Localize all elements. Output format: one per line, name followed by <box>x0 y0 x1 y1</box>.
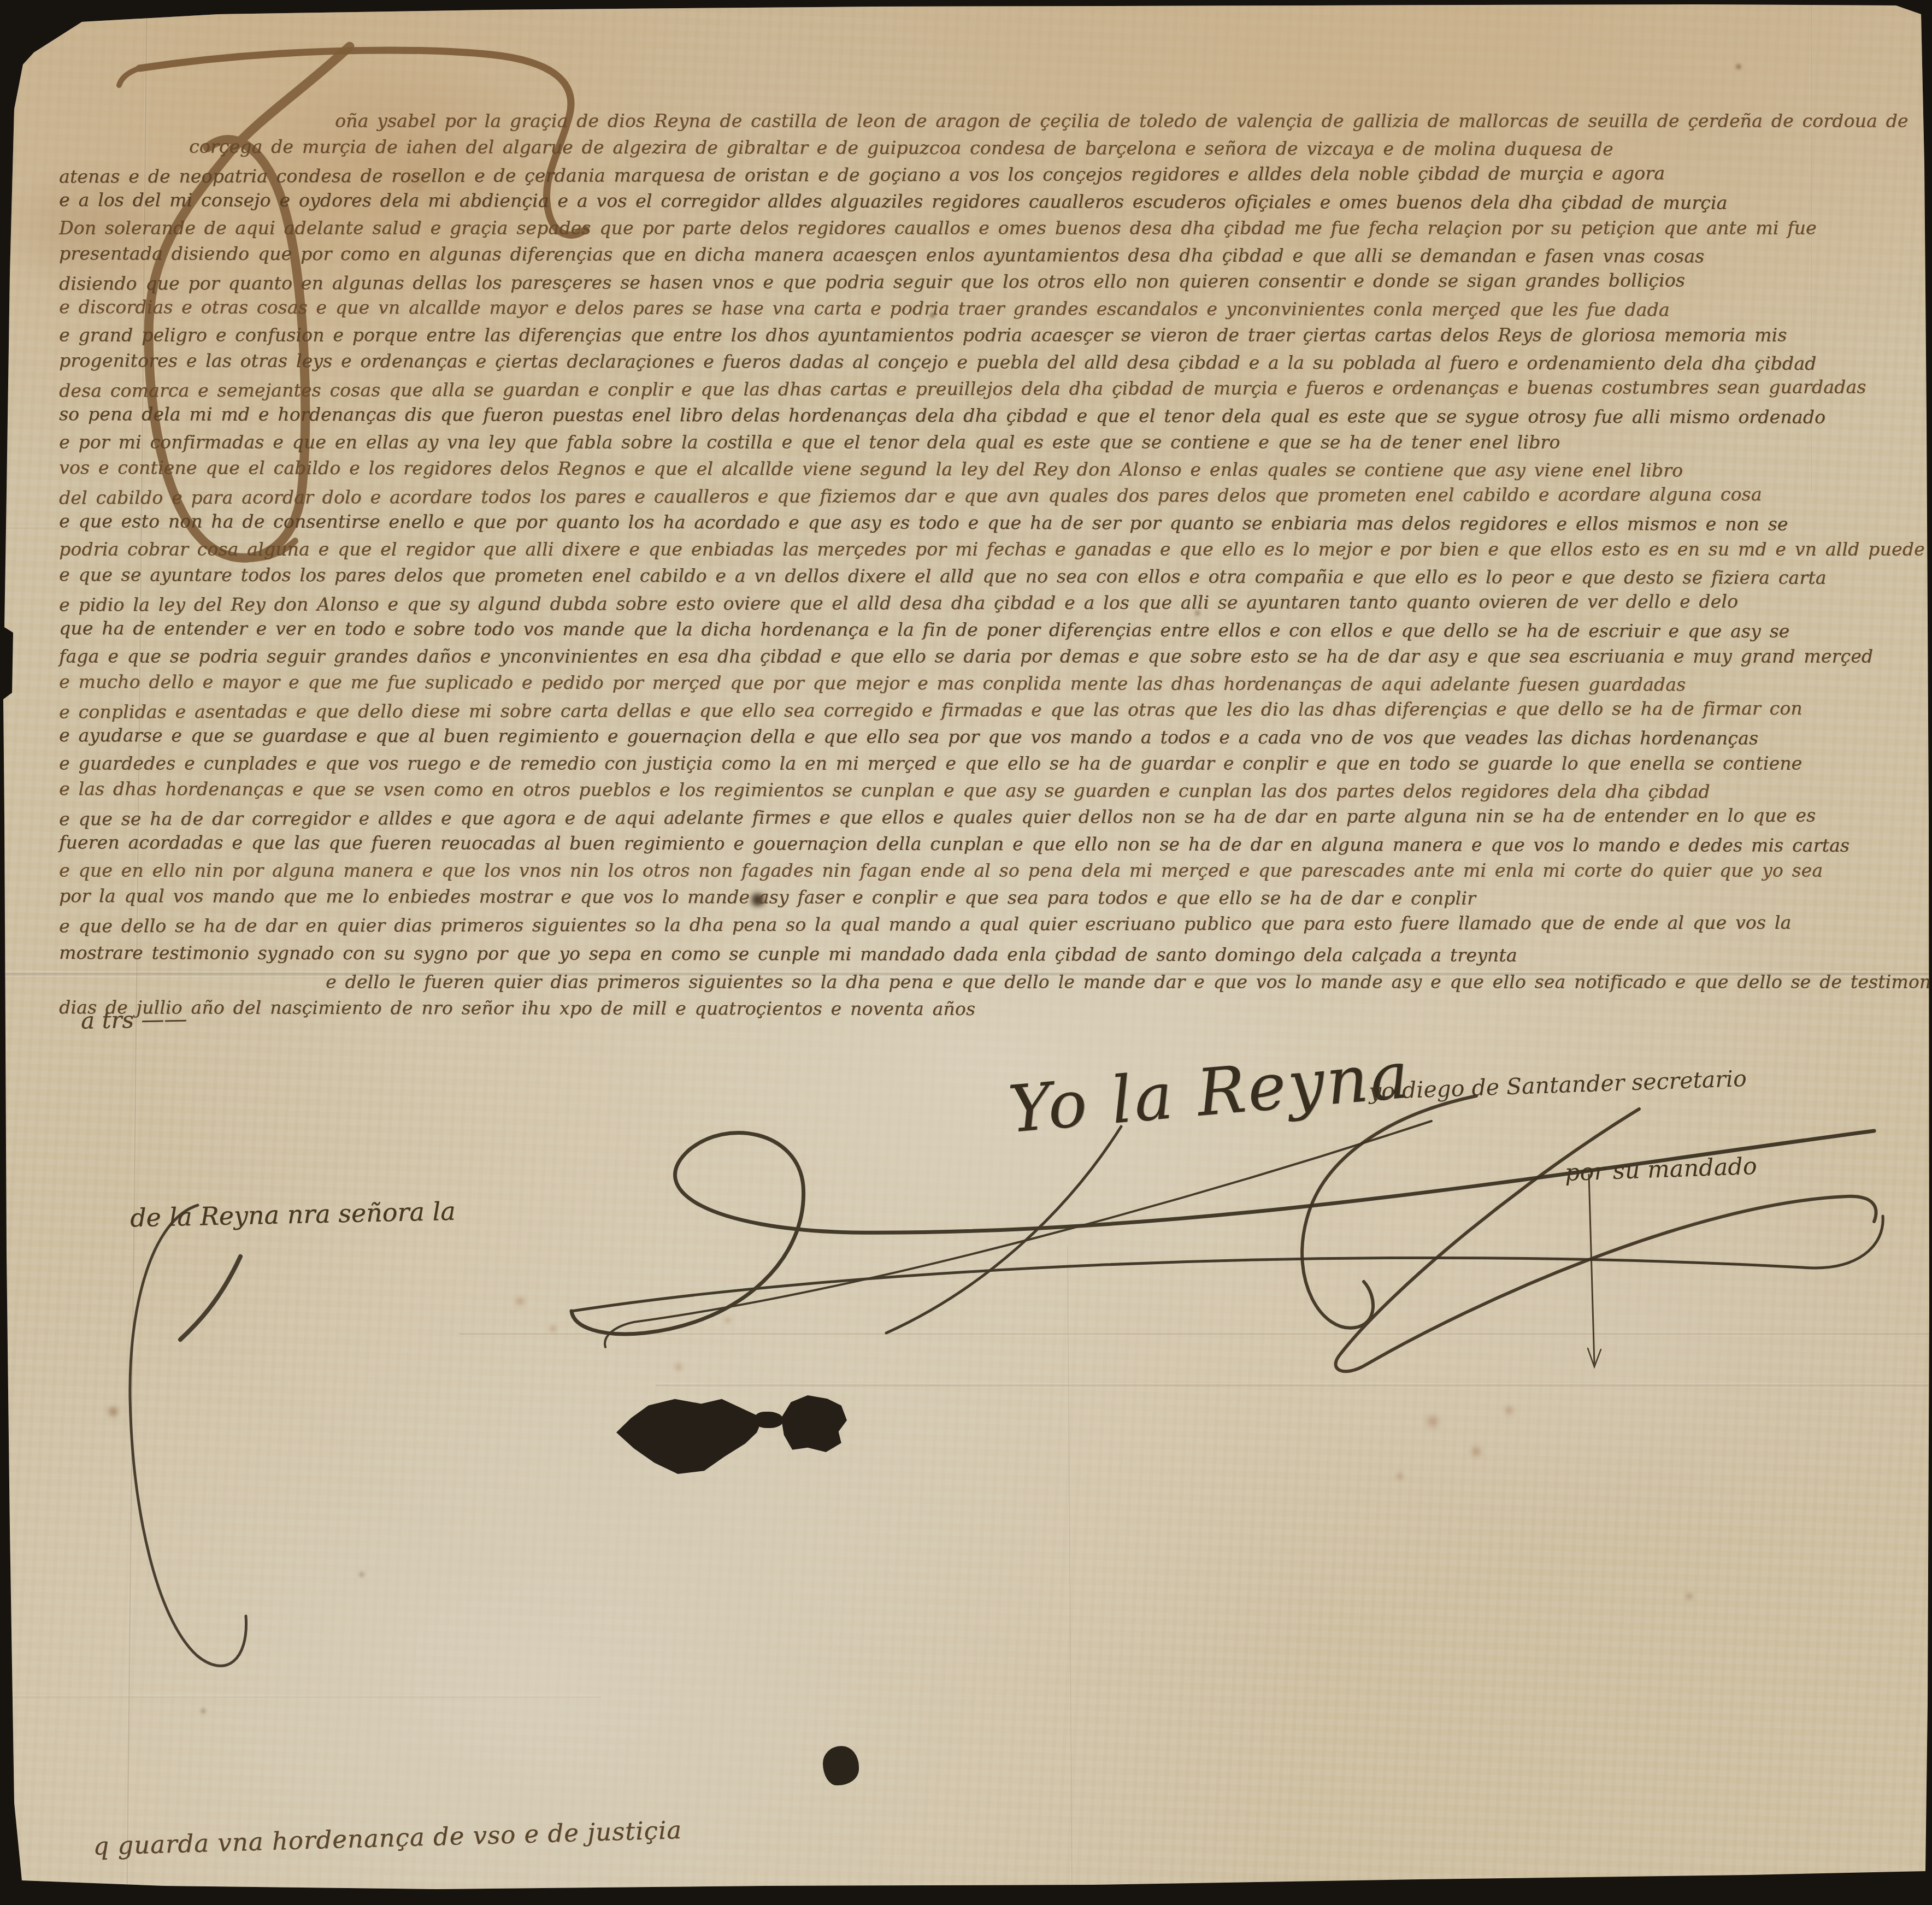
body-line: e que se ayuntare todos los pares delos … <box>59 562 1869 592</box>
vertical-fold-crease <box>1067 1246 1073 1905</box>
body-line: del cabildo e para acordar dolo e acorda… <box>59 481 1869 512</box>
body-line: Don solerande de aqui adelante salud e g… <box>59 215 1869 242</box>
margin-note: a trs —— <box>81 1005 187 1034</box>
body-line: fueren acordadas e que las que fueren re… <box>59 829 1869 859</box>
body-line: disiendo que por quanto en algunas della… <box>59 267 1869 298</box>
body-line: e a los del mi consejo e oydores dela mi… <box>59 187 1869 217</box>
body-line: faga e que se podria seguir grandes daño… <box>59 644 1869 670</box>
ink-blot <box>823 1746 859 1785</box>
body-line: e mucho dello e mayor e que me fue supli… <box>59 669 1869 699</box>
body-line: e grand peligro e confusion e porque ent… <box>59 322 1869 349</box>
body-line: e conplidas e asentadas e que dello dies… <box>59 695 1869 726</box>
secretary-signature: yo diego de Santander secretario <box>1368 1065 1747 1105</box>
horizontal-fold-crease <box>459 1332 1932 1336</box>
body-line: por la qual vos mando que me lo enbiedes… <box>59 883 1869 913</box>
body-line: progenitores e las otras leys e ordenanç… <box>59 347 1869 378</box>
body-line: vos e contiene que el cabildo e los regi… <box>59 455 1869 485</box>
parchment-hole <box>755 1412 784 1428</box>
body-line: e que en ello nin por alguna manera e qu… <box>59 858 1869 884</box>
body-line: dias de jullio año del nasçimiento de nr… <box>59 994 1869 1024</box>
parchment-sheet: oña ysabel por la graçia de dios Reyna d… <box>0 0 1932 1905</box>
body-line: e que se ha de dar corregidor e alldes e… <box>59 803 1869 833</box>
body-line: e que esto non ha de consentirse enello … <box>59 508 1869 538</box>
body-line: e guardedes e cunplades e que vos ruego … <box>59 751 1869 777</box>
body-line: podria cobrar cosa alguna e que el regid… <box>59 536 1869 563</box>
parchment-hole <box>777 1395 847 1452</box>
chancery-paraph-strokes <box>130 1205 246 1666</box>
body-line: e por mi confirmadas e que en ellas ay v… <box>59 429 1869 456</box>
secretary-rubric-strokes <box>1302 1096 1876 1371</box>
body-line: e las dhas hordenanças e que se vsen com… <box>59 776 1869 806</box>
parchment-hole <box>616 1394 763 1474</box>
body-line: e ayudarse e que se guardase e que al bu… <box>59 722 1869 752</box>
royal-signature: Yo la Reyna <box>1005 1037 1413 1147</box>
body-line: presentada disiendo que por como en algu… <box>59 240 1869 270</box>
body-line: corçega de murçia de iahen del algarue d… <box>59 133 1869 163</box>
body-line: so pena dela mi md e hordenanças dis que… <box>59 401 1869 431</box>
body-line: e que dello se ha de dar en quier dias p… <box>59 910 1869 940</box>
body-line: e dello le fueren quier dias primeros si… <box>59 969 1869 996</box>
body-line: desa comarca e semejantes cosas que alla… <box>59 374 1869 405</box>
body-line: e pidio la ley del Rey don Alonso e que … <box>59 588 1869 619</box>
body-line: mostrare testimonio sygnado con su sygno… <box>59 940 1869 970</box>
chancery-note: de la Reyna nra señora la <box>129 1196 456 1232</box>
body-line: que ha de entender e ver en todo e sobre… <box>59 615 1869 645</box>
horizontal-fold-crease <box>0 1695 601 1698</box>
body-line: oña ysabel por la graçia de dios Reyna d… <box>59 108 1869 135</box>
body-text-block: oña ysabel por la graçia de dios Reyna d… <box>59 108 1869 1023</box>
manuscript-scan: oña ysabel por la graçia de dios Reyna d… <box>0 0 1932 1905</box>
secretary-rubric-text: por su mandado <box>1564 1153 1757 1187</box>
body-line: atenas e de neopatria condesa de rosello… <box>59 160 1869 191</box>
foxing-stains <box>0 0 2 2</box>
horizontal-fold-crease <box>656 1383 1932 1388</box>
body-line: e discordias e otras cosas e que vn alca… <box>59 294 1869 324</box>
bottom-archival-note: q guarda vna hordenança de vso e de just… <box>92 1815 682 1861</box>
